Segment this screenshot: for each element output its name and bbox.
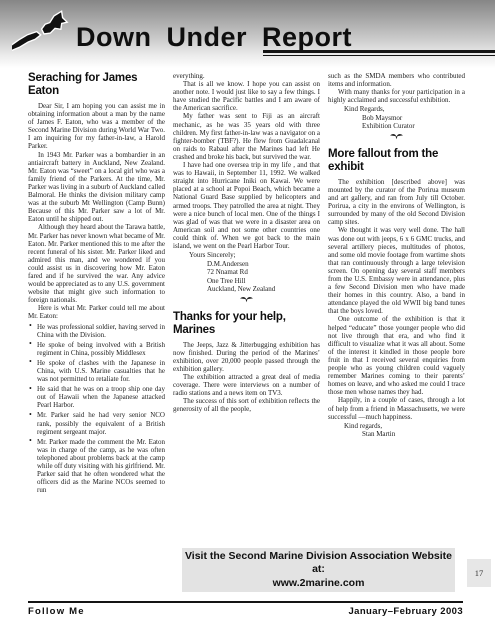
article-heading-fallout: More fallout from the exhibit (328, 148, 465, 174)
bullet-item: He spoke of clashes with the Japanese in… (28, 359, 165, 383)
paragraph: such as the SMDA members who contributed… (328, 72, 465, 88)
paragraph: My father was sent to Fiji as an aircraf… (173, 112, 320, 161)
signature-line: Stan Martin (328, 430, 465, 439)
title-underline (263, 50, 495, 56)
paragraph: Although they heard about the Tarawa bat… (28, 223, 165, 304)
signature-line: Auckland, New Zealand (173, 285, 320, 294)
footer-issue-date: January–February 2003 (348, 606, 463, 617)
bullet-item: He said that he was on a troop ship one … (28, 385, 165, 409)
masthead: Down Under Report (0, 0, 495, 68)
bullet-item: Mr. Parker made the comment the Mr. Eato… (28, 438, 165, 495)
website-url: www.2marine.com (182, 577, 455, 591)
paragraph: I have had one oversea trip in my life ,… (173, 161, 320, 250)
letter-signature-martin: Kind regards, Stan Martin (328, 422, 465, 439)
paragraph: In 1943 Mr. Parker was a bombardier in a… (28, 151, 165, 224)
paragraph: We thought it was very well done. The ha… (328, 226, 465, 315)
footer-publication-name: Follow Me (28, 606, 85, 617)
column-3: such as the SMDA members who contributed… (328, 72, 465, 494)
signature-line: Yours Sincerely; (173, 251, 320, 260)
signature-line: Exhibition Curator (328, 122, 465, 131)
signature-line: Bob Maysmor (328, 114, 465, 123)
bullet-item: He was professional soldier, having serv… (28, 323, 165, 339)
article-columns: Seraching for James Eaton Dear Sir, I am… (28, 72, 465, 494)
bullet-item: Mr. Parker said he had very senior NCO r… (28, 411, 165, 435)
paragraph: The exhibition attracted a great deal of… (173, 373, 320, 397)
article-heading-searching: Seraching for James Eaton (28, 72, 165, 98)
letter-signature-andersen: Yours Sincerely; D.M.Andersen 72 Nnamat … (173, 251, 320, 294)
bullet-item: He spoke of being involved with a Britis… (28, 341, 165, 357)
paragraph: With many thanks for your participation … (328, 88, 465, 104)
signature-line: D.M.Andersen (173, 260, 320, 269)
new-zealand-map-icon (12, 3, 70, 65)
signature-line: Kind regards, (328, 422, 465, 431)
paragraph: everything. (173, 72, 320, 80)
column-2: everything. That is all we know. I hope … (173, 72, 320, 494)
paragraph: That is all we know. I hope you can assi… (173, 80, 320, 112)
paragraph: One outcome of the exhibition is that it… (328, 315, 465, 396)
paragraph: Here is what Mr. Parker could tell me ab… (28, 304, 165, 320)
paragraph: The exhibition [described above] was mou… (328, 178, 465, 227)
letter-signature-maysmor: Kind Regards, Bob Maysmor Exhibition Cur… (328, 105, 465, 131)
paragraph: Dear Sir, I am hoping you can assist me … (28, 102, 165, 151)
column-1: Seraching for James Eaton Dear Sir, I am… (28, 72, 165, 494)
paragraph: Happily, in a couple of cases, through a… (328, 396, 465, 420)
website-banner: Visit the Second Marine Division Associa… (182, 548, 455, 592)
paragraph: The success of this sort of exhibition r… (173, 397, 320, 413)
signature-line: 72 Nnamat Rd (173, 268, 320, 277)
eagle-dingbat-icon (173, 295, 320, 306)
signature-line: One Tree Hill (173, 277, 320, 286)
page-title: Down Under Report (76, 22, 352, 53)
paragraph: The Jeeps, Jazz & Jitterbugging exhibiti… (173, 341, 320, 373)
website-banner-text: Visit the Second Marine Division Associa… (182, 550, 455, 577)
eagle-dingbat-icon (328, 132, 465, 143)
article-heading-thanks: Thanks for your help, Marines (173, 311, 320, 337)
footer-rule (28, 601, 463, 603)
signature-line: Kind Regards, (328, 105, 465, 114)
newsletter-page: Down Under Report Seraching for James Ea… (0, 0, 495, 640)
page-number: 17 (467, 559, 491, 587)
